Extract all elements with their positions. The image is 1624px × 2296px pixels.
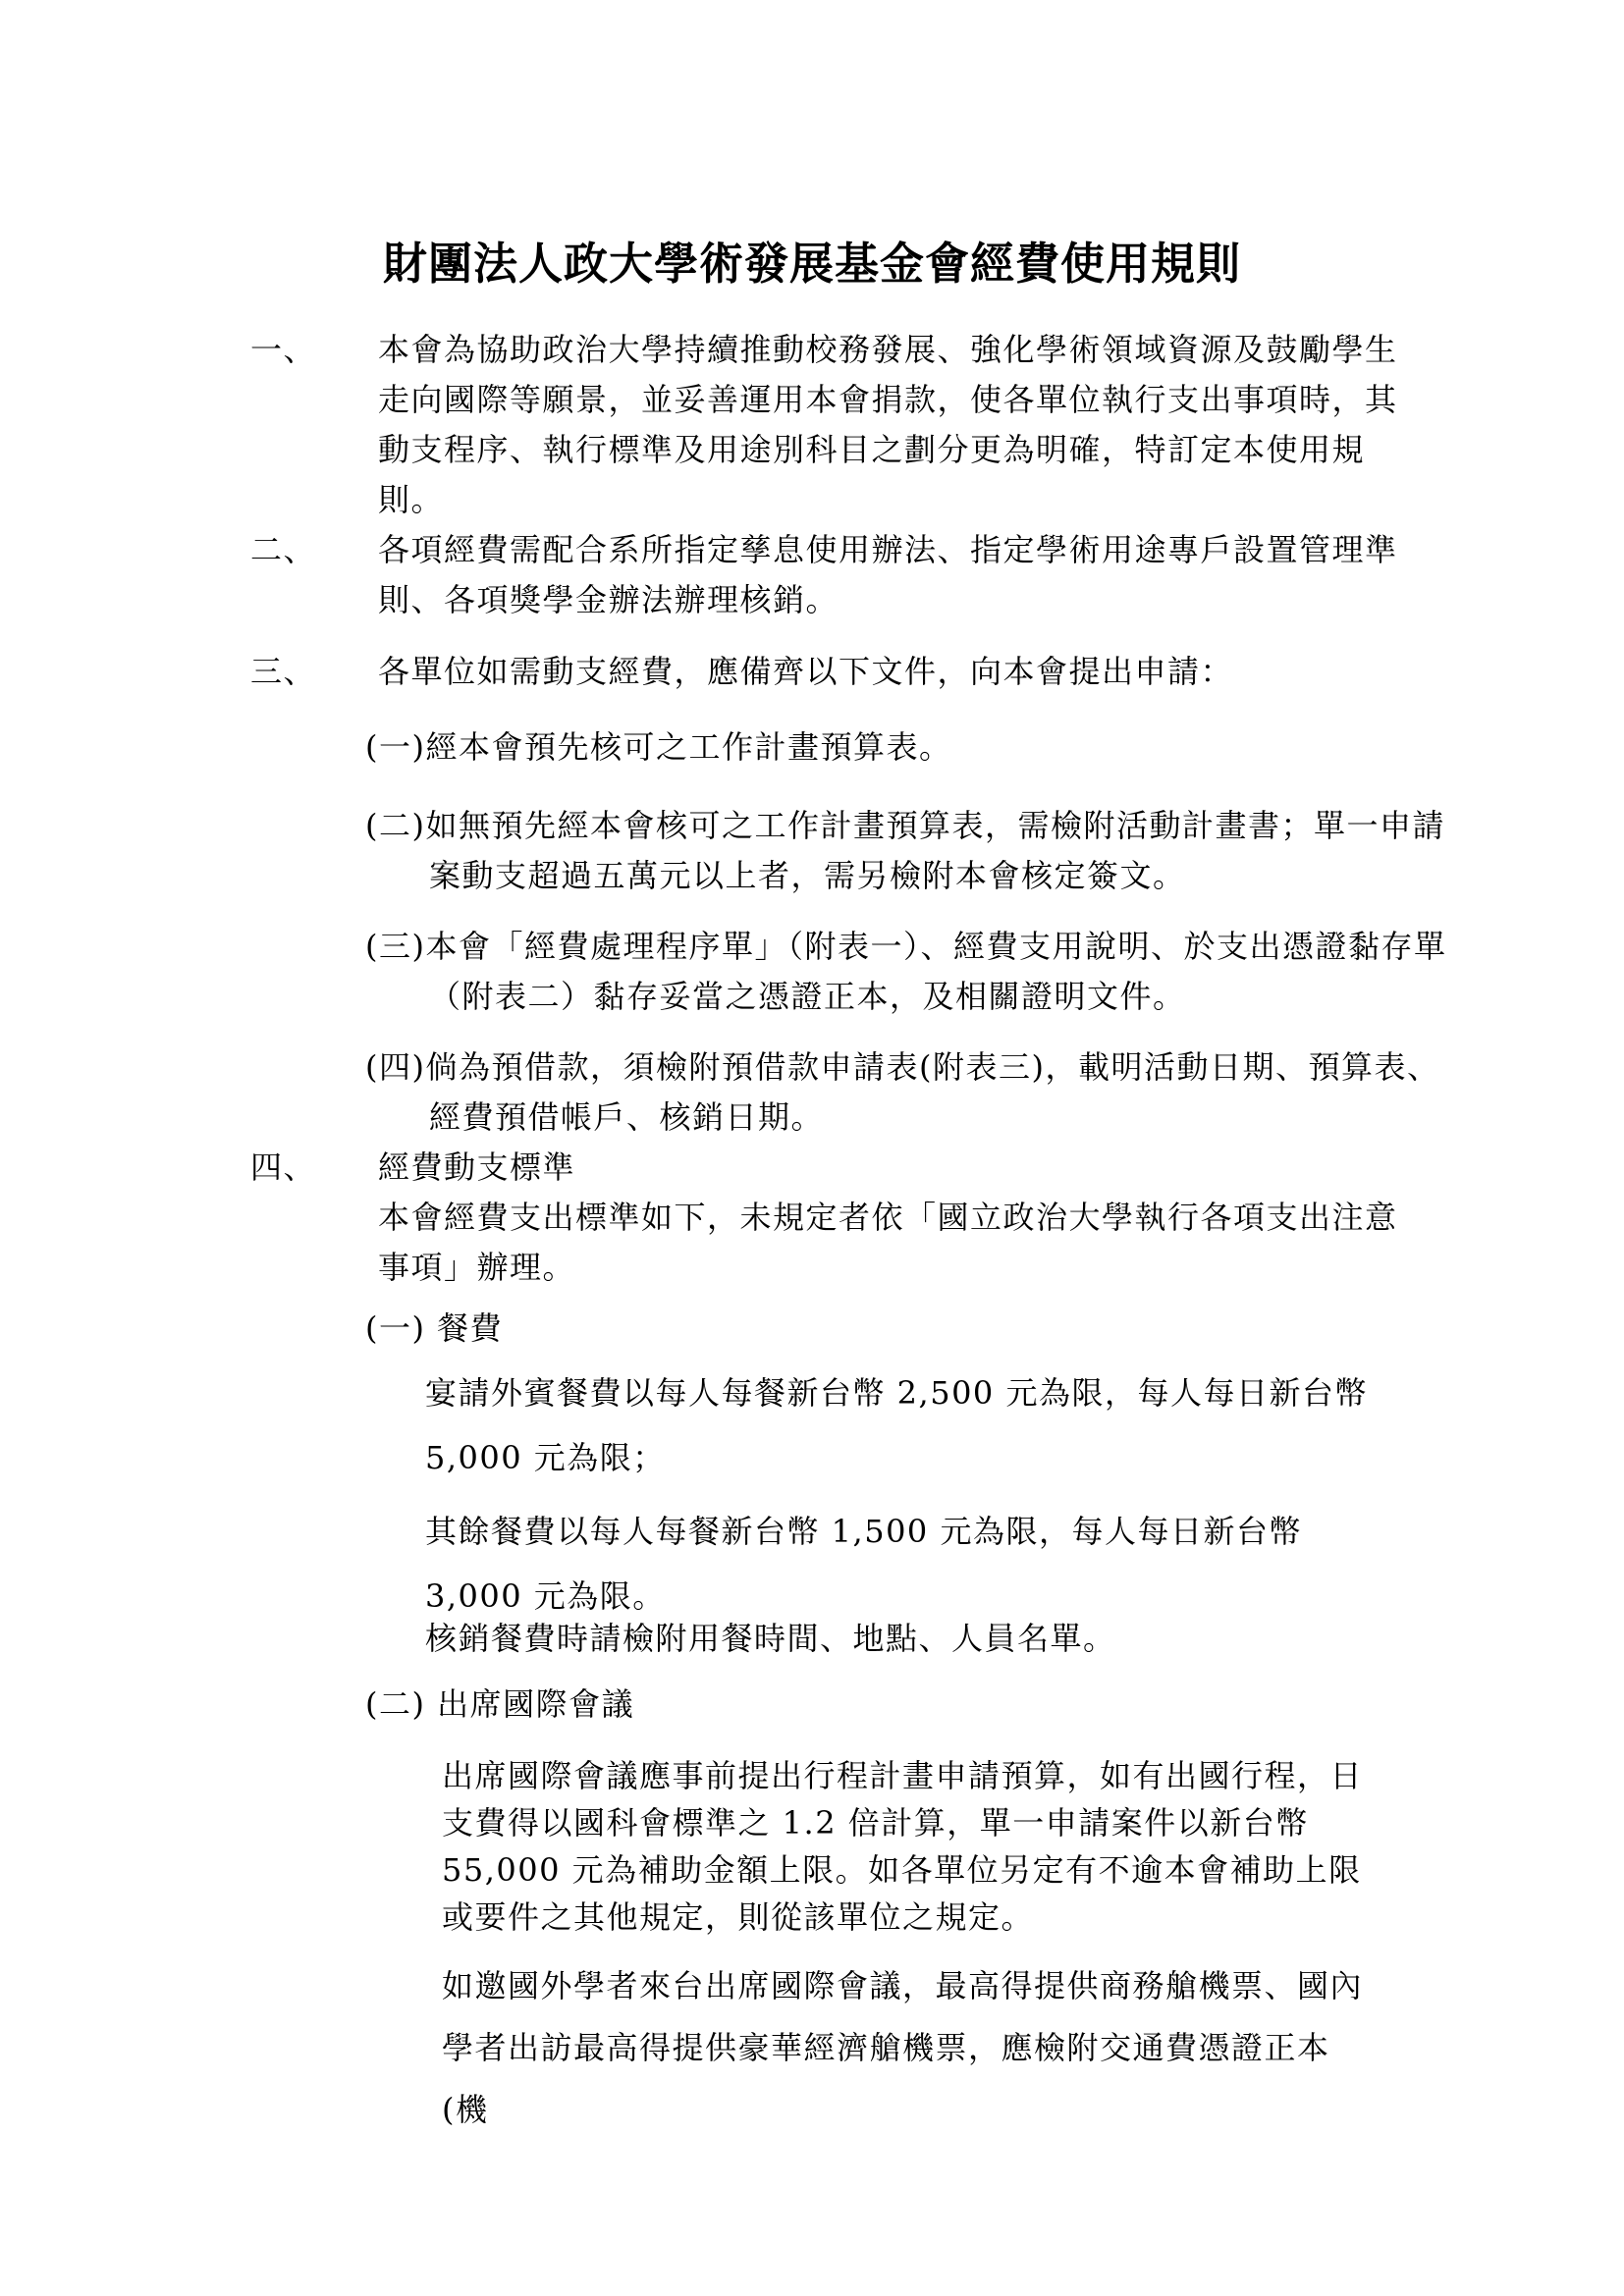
- article-2: 二、 各項經費需配合系所指定孳息使用辦法、指定學術用途專戶設置管理準則、各項獎學…: [250, 525, 1399, 625]
- subsection-conference-label: (二) 出席國際會議: [365, 1680, 634, 1730]
- article-2-number: 二、: [250, 525, 378, 575]
- article-3: 三、 各單位如需動支經費，應備齊以下文件，向本會提出申請：: [250, 647, 1399, 697]
- article-1: 一、 本會為協助政治大學持續推動校務發展、強化學術領域資源及鼓勵學生走向國際等願…: [250, 325, 1399, 525]
- article-3-subitem-1: (一)經本會預先核可之工作計畫預算表。: [365, 722, 1470, 773]
- meal-paragraph-guest-limit: 宴請外賓餐費以每人每餐新台幣 2,500 元為限，每人每日新台幣 5,000 元…: [425, 1361, 1392, 1490]
- article-4-heading: 經費動支標準: [378, 1143, 1399, 1193]
- article-3-subitem-4: (四)倘為預借款，須檢附預借款申請表(附表三)，載明活動日期、預算表、經費預借帳…: [365, 1042, 1470, 1143]
- article-3-number: 三、: [250, 647, 378, 697]
- conference-paragraph-budget: 出席國際會議應事前提出行程計畫申請預算，如有出國行程，日支費得以國科會標準之 1…: [442, 1752, 1375, 1941]
- article-3-subitem-3: (三)本會「經費處理程序單」（附表一）、經費支用說明、於支出憑證黏存單（附表二）…: [365, 922, 1470, 1022]
- article-4-number: 四、: [250, 1143, 378, 1193]
- conference-paragraph-tickets: 如邀國外學者來台出席國際會議，最高得提供商務艙機票、國內學者出訪最高得提供豪華經…: [442, 1955, 1375, 2141]
- article-4: 四、 經費動支標準: [250, 1143, 1399, 1193]
- article-1-number: 一、: [250, 325, 378, 375]
- meal-paragraph-reimbursement: 核銷餐費時請檢附用餐時間、地點、人員名單。: [425, 1614, 1392, 1664]
- document-title: 財團法人政大學術發展基金會經費使用規則: [0, 236, 1624, 293]
- article-3-subitem-2: (二)如無預先經本會核可之工作計畫預算表，需檢附活動計畫書；單一申請案動支超過五…: [365, 801, 1470, 901]
- document-page: 財團法人政大學術發展基金會經費使用規則 一、 本會為協助政治大學持續推動校務發展…: [0, 0, 1624, 2296]
- article-2-text: 各項經費需配合系所指定孳息使用辦法、指定學術用途專戶設置管理準則、各項獎學金辦法…: [378, 525, 1399, 625]
- article-4-intro: 本會經費支出標準如下，未規定者依「國立政治大學執行各項支出注意事項」辦理。: [378, 1193, 1399, 1293]
- article-3-text: 各單位如需動支經費，應備齊以下文件，向本會提出申請：: [378, 647, 1399, 697]
- subsection-meal-label: (一) 餐費: [365, 1304, 503, 1354]
- article-1-text: 本會為協助政治大學持續推動校務發展、強化學術領域資源及鼓勵學生走向國際等願景，並…: [378, 325, 1399, 525]
- meal-paragraph-other-limit: 其餘餐費以每人每餐新台幣 1,500 元為限，每人每日新台幣 3,000 元為限…: [425, 1499, 1392, 1629]
